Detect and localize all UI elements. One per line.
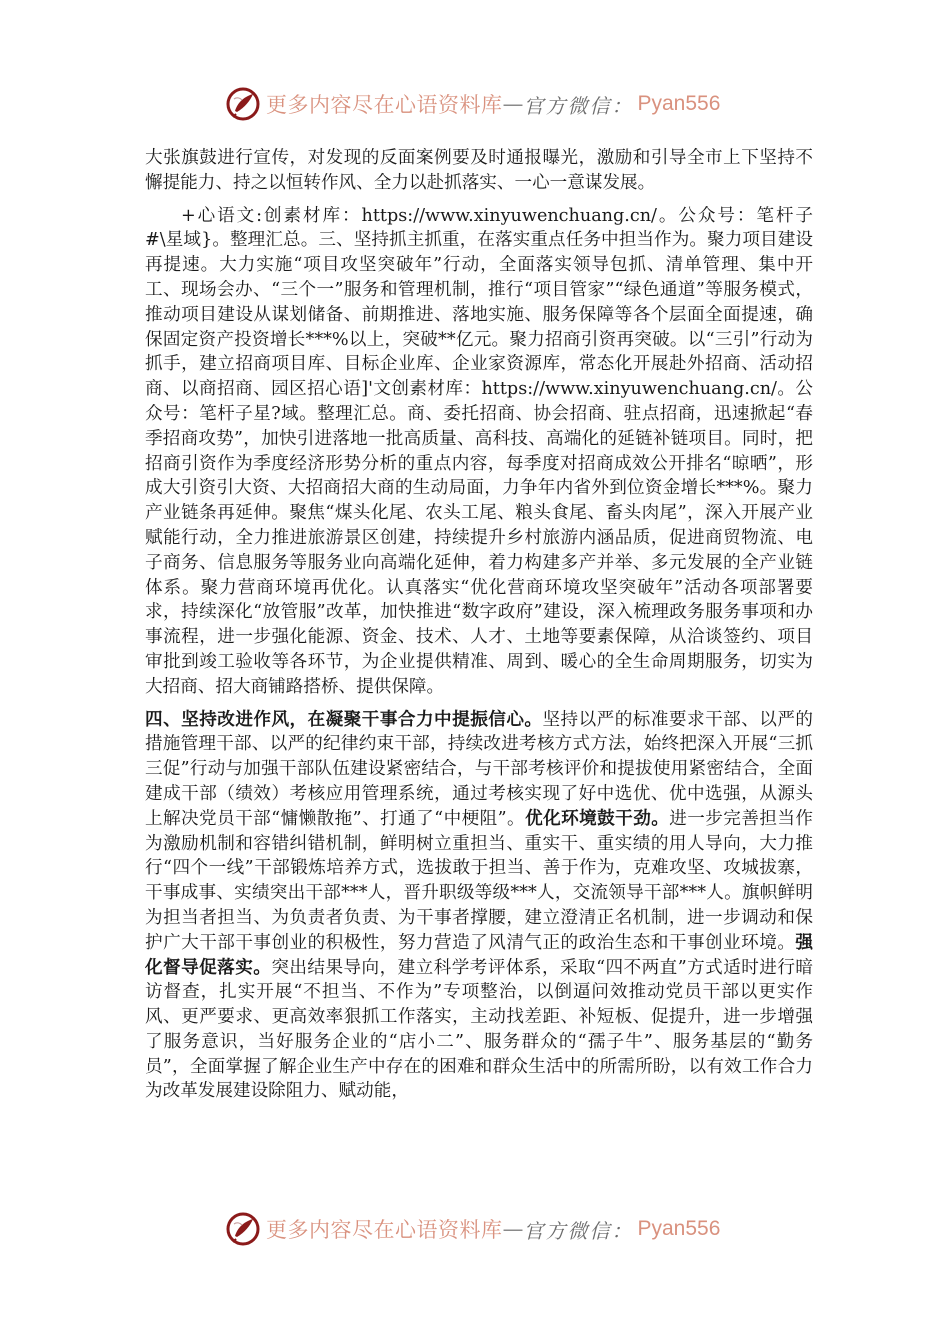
banner-title: 更多内容尽在心语资料库 <box>266 89 503 119</box>
paragraph-3: 四、坚持改进作风，在凝聚干事合力中提振信心。坚持以严的标准要求干部、以严的措施管… <box>145 708 813 1105</box>
document-body: 大张旗鼓进行宣传，对发现的反面案例要及时通报曝光，激励和引导全市上下坚持不懈提能… <box>145 146 813 1104</box>
paragraph-3-text-2: 进一步完善担当作为激励机制和容错纠错机制，鲜明树立重担当、重实干、重实绩的用人导… <box>145 809 813 953</box>
banner-title: 更多内容尽在心语资料库 <box>266 1214 503 1244</box>
section-heading-4: 四、坚持改进作风，在凝聚干事合力中提振信心。 <box>145 710 542 730</box>
banner-wechat-id: Pyan556 <box>638 92 721 116</box>
banner-wechat-label: 官方微信： <box>524 90 634 119</box>
subheading-optimize-environment: 优化环境鼓干劲。 <box>525 809 669 829</box>
header-watermark-banner: 更多内容尽在心语资料库 — 官方微信： Pyan556 <box>226 86 726 122</box>
paragraph-1: 大张旗鼓进行宣传，对发现的反面案例要及时通报曝光，激励和引导全市上下坚持不懈提能… <box>145 146 813 196</box>
quill-pen-logo-icon <box>226 87 260 121</box>
banner-wechat-id: Pyan556 <box>638 1217 721 1241</box>
paragraph-2: +心语文:创素材库：https://www.xinyuwenchuang.cn/… <box>145 204 813 700</box>
quill-pen-logo-icon <box>226 1212 260 1246</box>
footer-watermark-banner: 更多内容尽在心语资料库 — 官方微信： Pyan556 <box>226 1211 726 1247</box>
banner-dash: — <box>503 1217 524 1241</box>
paragraph-3-text-3: 突出结果导向，建立科学考评体系，采取“四不两直”方式适时进行暗访督查，扎实开展“… <box>145 958 813 1102</box>
banner-wechat-label: 官方微信： <box>524 1215 634 1244</box>
banner-dash: — <box>503 92 524 116</box>
